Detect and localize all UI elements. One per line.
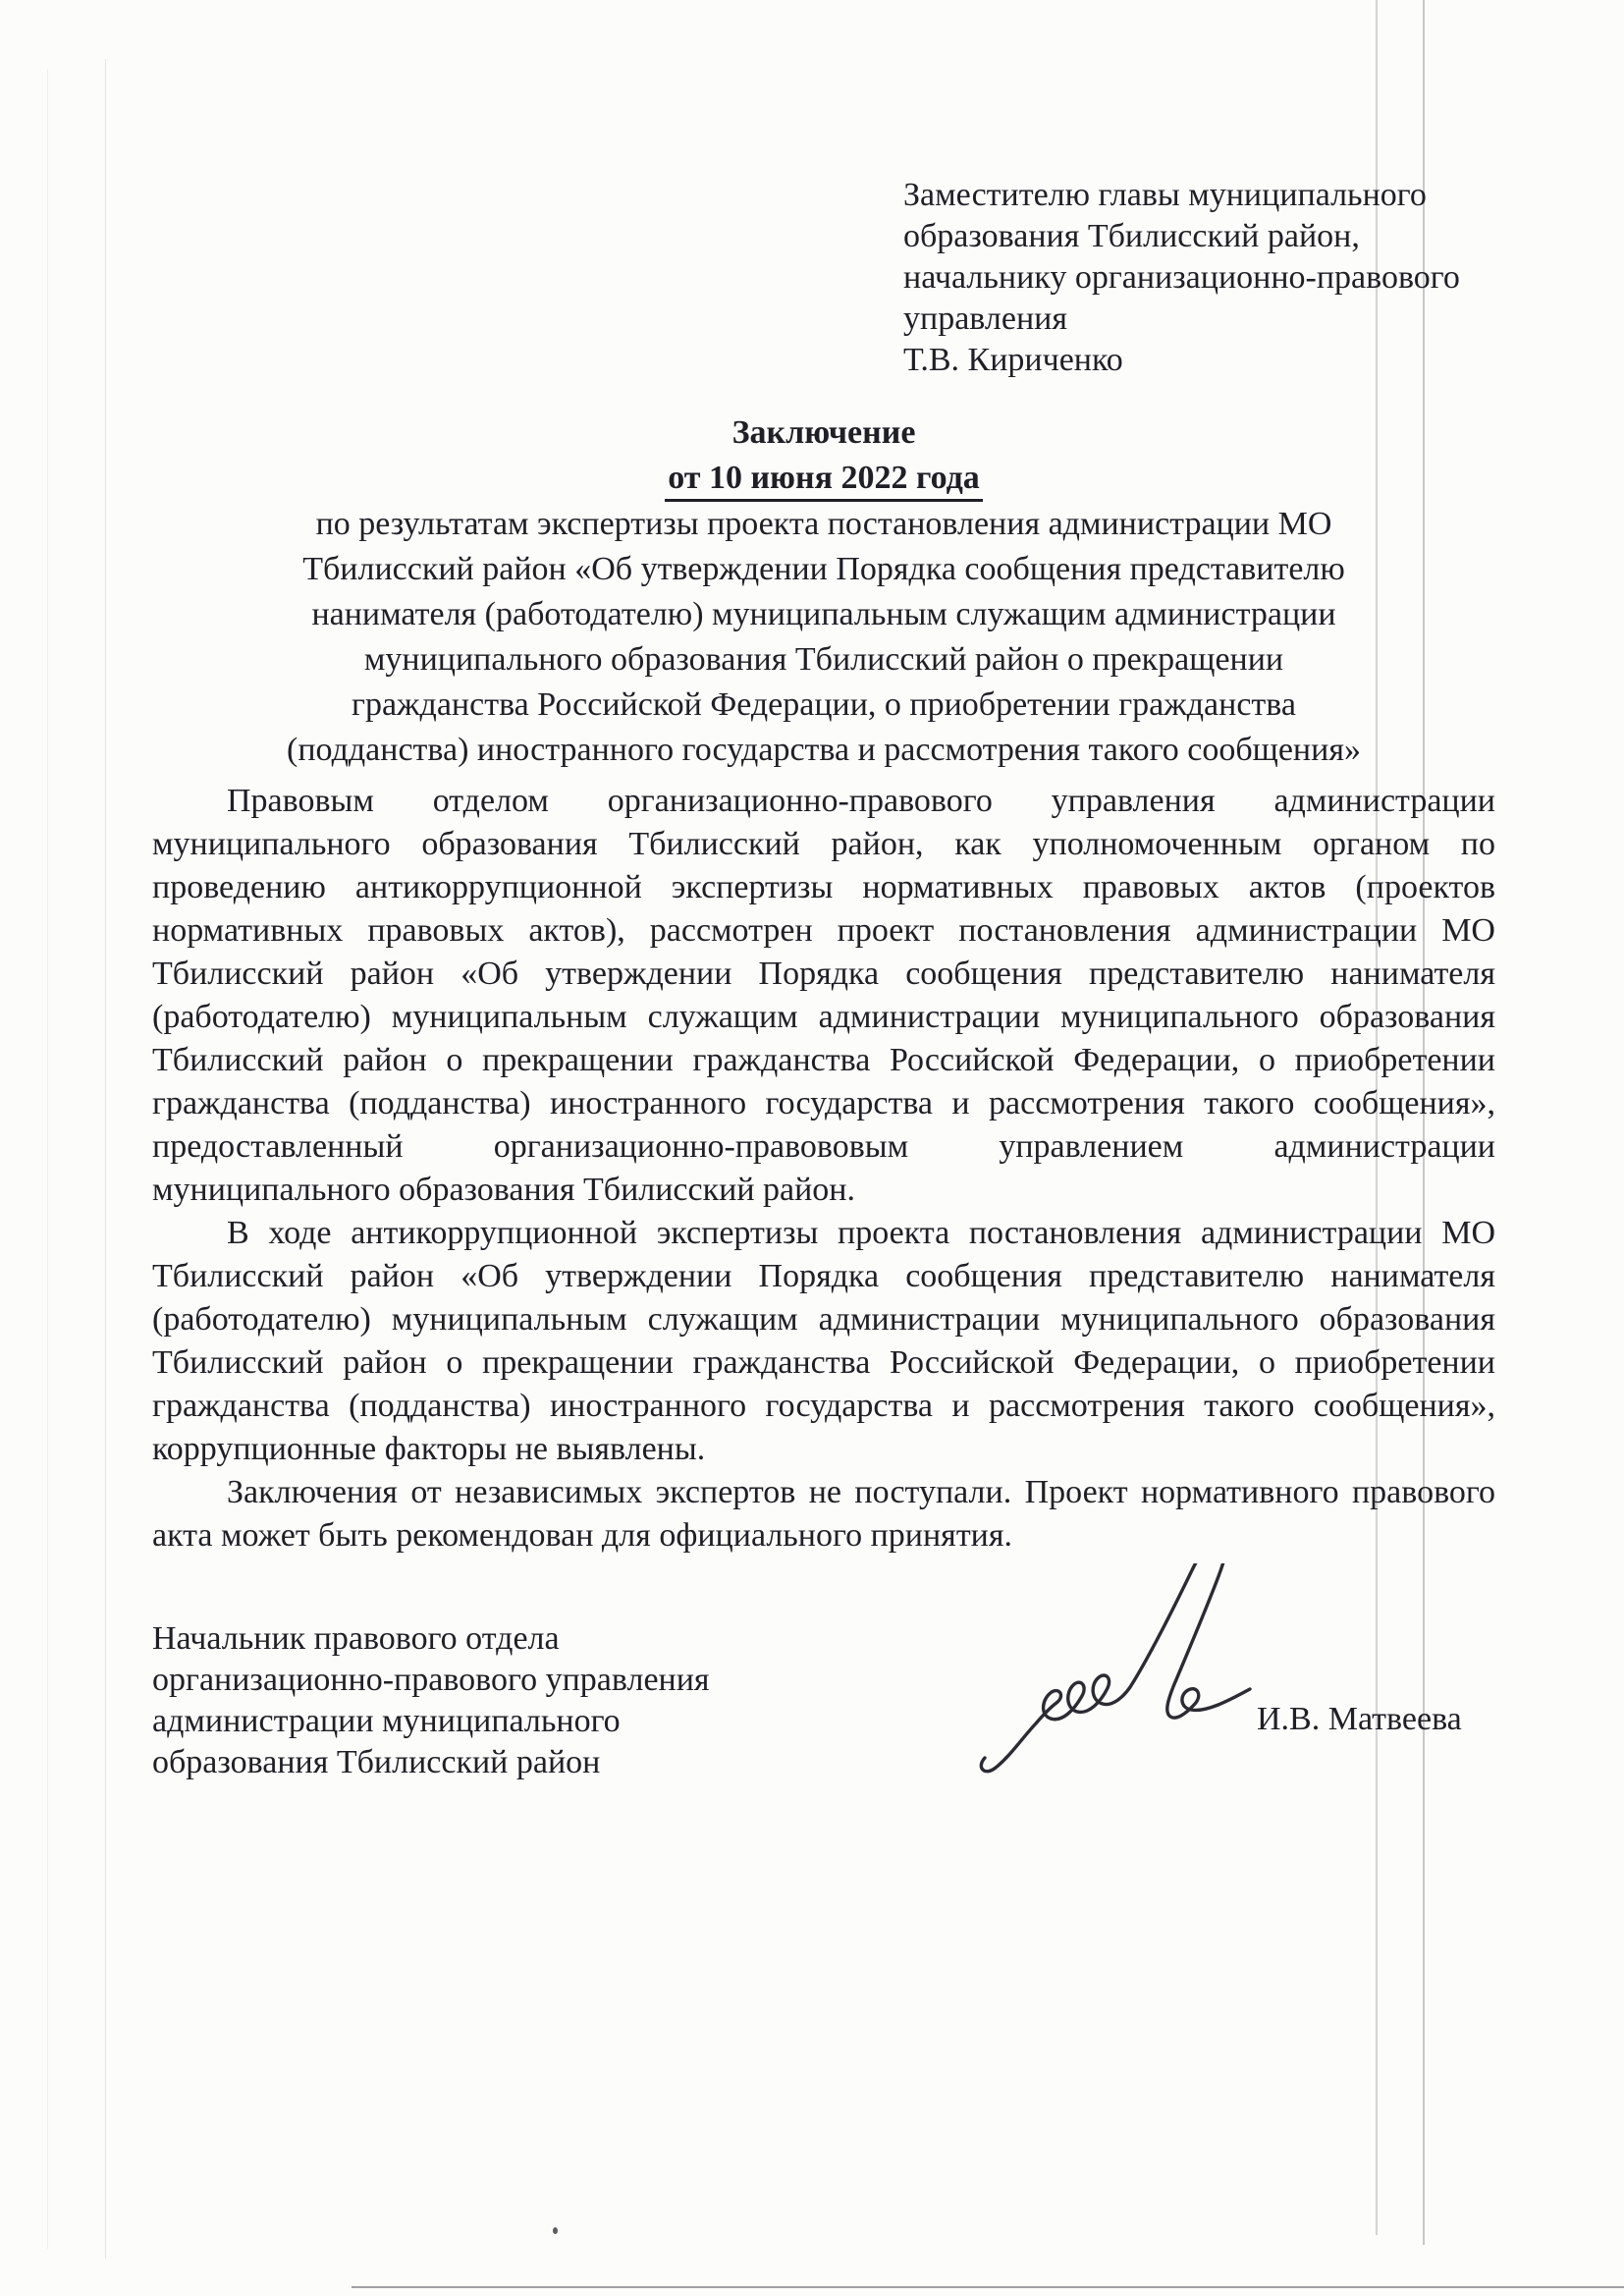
title-subject-line: по результатам экспертизы проекта постан… <box>152 502 1495 547</box>
body-paragraph: Правовым отделом организационно-правовог… <box>152 780 1495 1212</box>
document-date: от 10 июня 2022 года <box>152 456 1495 502</box>
addressee-name: Т.В. Кириченко <box>903 340 1460 381</box>
scan-artifact-vertical-line <box>47 69 48 2249</box>
addressee-line: начальнику организационно-правового <box>903 257 1460 299</box>
scan-artifact-bottom-line <box>352 2286 1624 2288</box>
title-subject-line: гражданства Российской Федерации, о прио… <box>152 683 1495 728</box>
document-page: { "document": { "kind": "scanned-letter"… <box>0 0 1624 2296</box>
title-subject-line: Тбилисский район «Об утверждении Порядка… <box>152 547 1495 592</box>
signer-name: И.В. Матвеева <box>1257 1701 1462 1738</box>
document-title: Заключение <box>152 410 1495 456</box>
scan-speck <box>553 2227 558 2234</box>
signer-position-block: Начальник правового отдела организационн… <box>152 1618 710 1783</box>
document-date-underlined: от 10 июня 2022 года <box>665 459 983 502</box>
addressee-block: Заместителю главы муниципального образов… <box>903 175 1460 381</box>
signer-position-line: организационно-правового управления <box>152 1660 710 1701</box>
handwritten-signature-icon <box>967 1563 1272 1784</box>
addressee-line: образования Тбилисский район, <box>903 216 1460 257</box>
addressee-line: управления <box>903 299 1460 340</box>
body-paragraph: В ходе антикоррупционной экспертизы прое… <box>152 1212 1495 1471</box>
title-block: Заключение от 10 июня 2022 года по резул… <box>152 410 1495 773</box>
title-subject-line: нанимателя (работодателю) муниципальным … <box>152 592 1495 637</box>
signer-position-line: Начальник правового отдела <box>152 1618 710 1660</box>
title-subject-line: муниципального образования Тбилисский ра… <box>152 637 1495 683</box>
page-background: Заместителю главы муниципального образов… <box>0 0 1624 2296</box>
body-text: Правовым отделом организационно-правовог… <box>152 780 1495 1558</box>
body-paragraph: Заключения от независимых экспертов не п… <box>152 1471 1495 1558</box>
addressee-line: Заместителю главы муниципального <box>903 175 1460 216</box>
title-subject-line: (подданства) иностранного государства и … <box>152 728 1495 773</box>
signer-position-line: администрации муниципального <box>152 1701 710 1742</box>
scan-edge-mark-top <box>0 0 9 47</box>
scan-artifact-vertical-line <box>105 59 106 2259</box>
signer-position-line: образования Тбилисский район <box>152 1742 710 1783</box>
scan-edge-mark-bottom <box>0 2212 9 2296</box>
